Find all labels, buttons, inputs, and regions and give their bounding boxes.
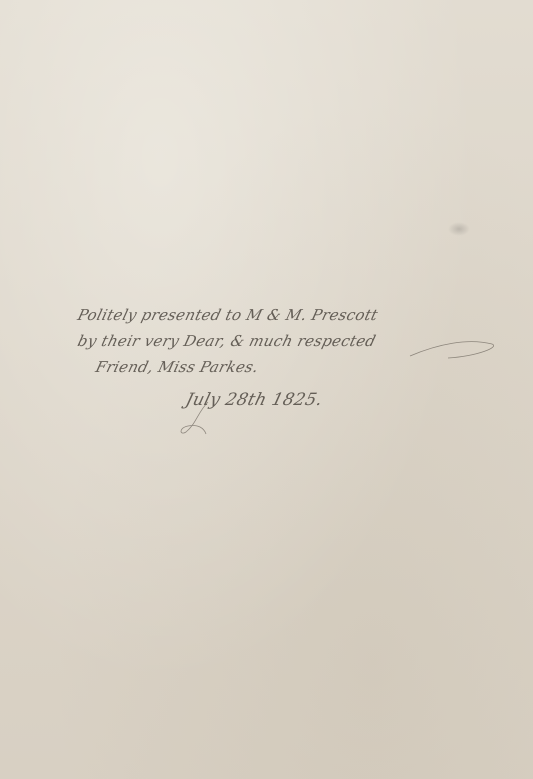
inscription-line-2: by their very Dear, & much respected — [76, 332, 378, 350]
inscription-line-1: Politely presented to M & M. Prescott — [76, 306, 380, 324]
document-page: Politely presented to M & M. Prescott by… — [0, 0, 533, 779]
inscription-line-3: Friend, Miss Parkes. — [94, 358, 261, 376]
date-flourish-icon — [178, 398, 218, 438]
pen-flourish-icon — [408, 334, 498, 364]
paper-stain — [448, 222, 470, 236]
